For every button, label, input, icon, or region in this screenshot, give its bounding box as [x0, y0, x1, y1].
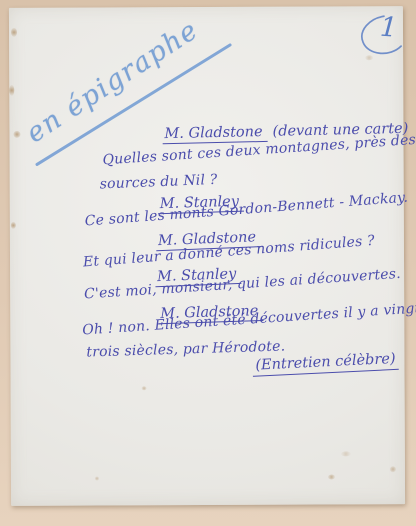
foxing-stain — [142, 386, 147, 390]
dialogue-line: Ce sont les monts Gordon-Bennett - Macka… — [84, 190, 408, 230]
speaker-name: M. Gladstone — [162, 124, 268, 144]
foxing-stain — [11, 222, 16, 229]
foxing-stain — [95, 476, 99, 480]
dialogue-line: sources du Nil ? — [99, 172, 217, 193]
foxing-stain — [341, 451, 351, 456]
foxing-stain — [390, 466, 396, 472]
foxing-stain — [328, 474, 335, 479]
foxing-stain — [9, 85, 14, 96]
page-number-value: 1 — [379, 12, 398, 44]
scanned-manuscript-photo: en épigraphe 1 M. Gladstone(devant une c… — [0, 0, 416, 526]
foxing-stain — [13, 131, 20, 138]
page-number: 1 — [351, 9, 405, 63]
foxing-stain — [11, 28, 17, 37]
manuscript-paper: en épigraphe 1 M. Gladstone(devant une c… — [9, 6, 405, 506]
dialogue-line: C'est moi, monsieur, qui les ai découver… — [84, 266, 402, 303]
